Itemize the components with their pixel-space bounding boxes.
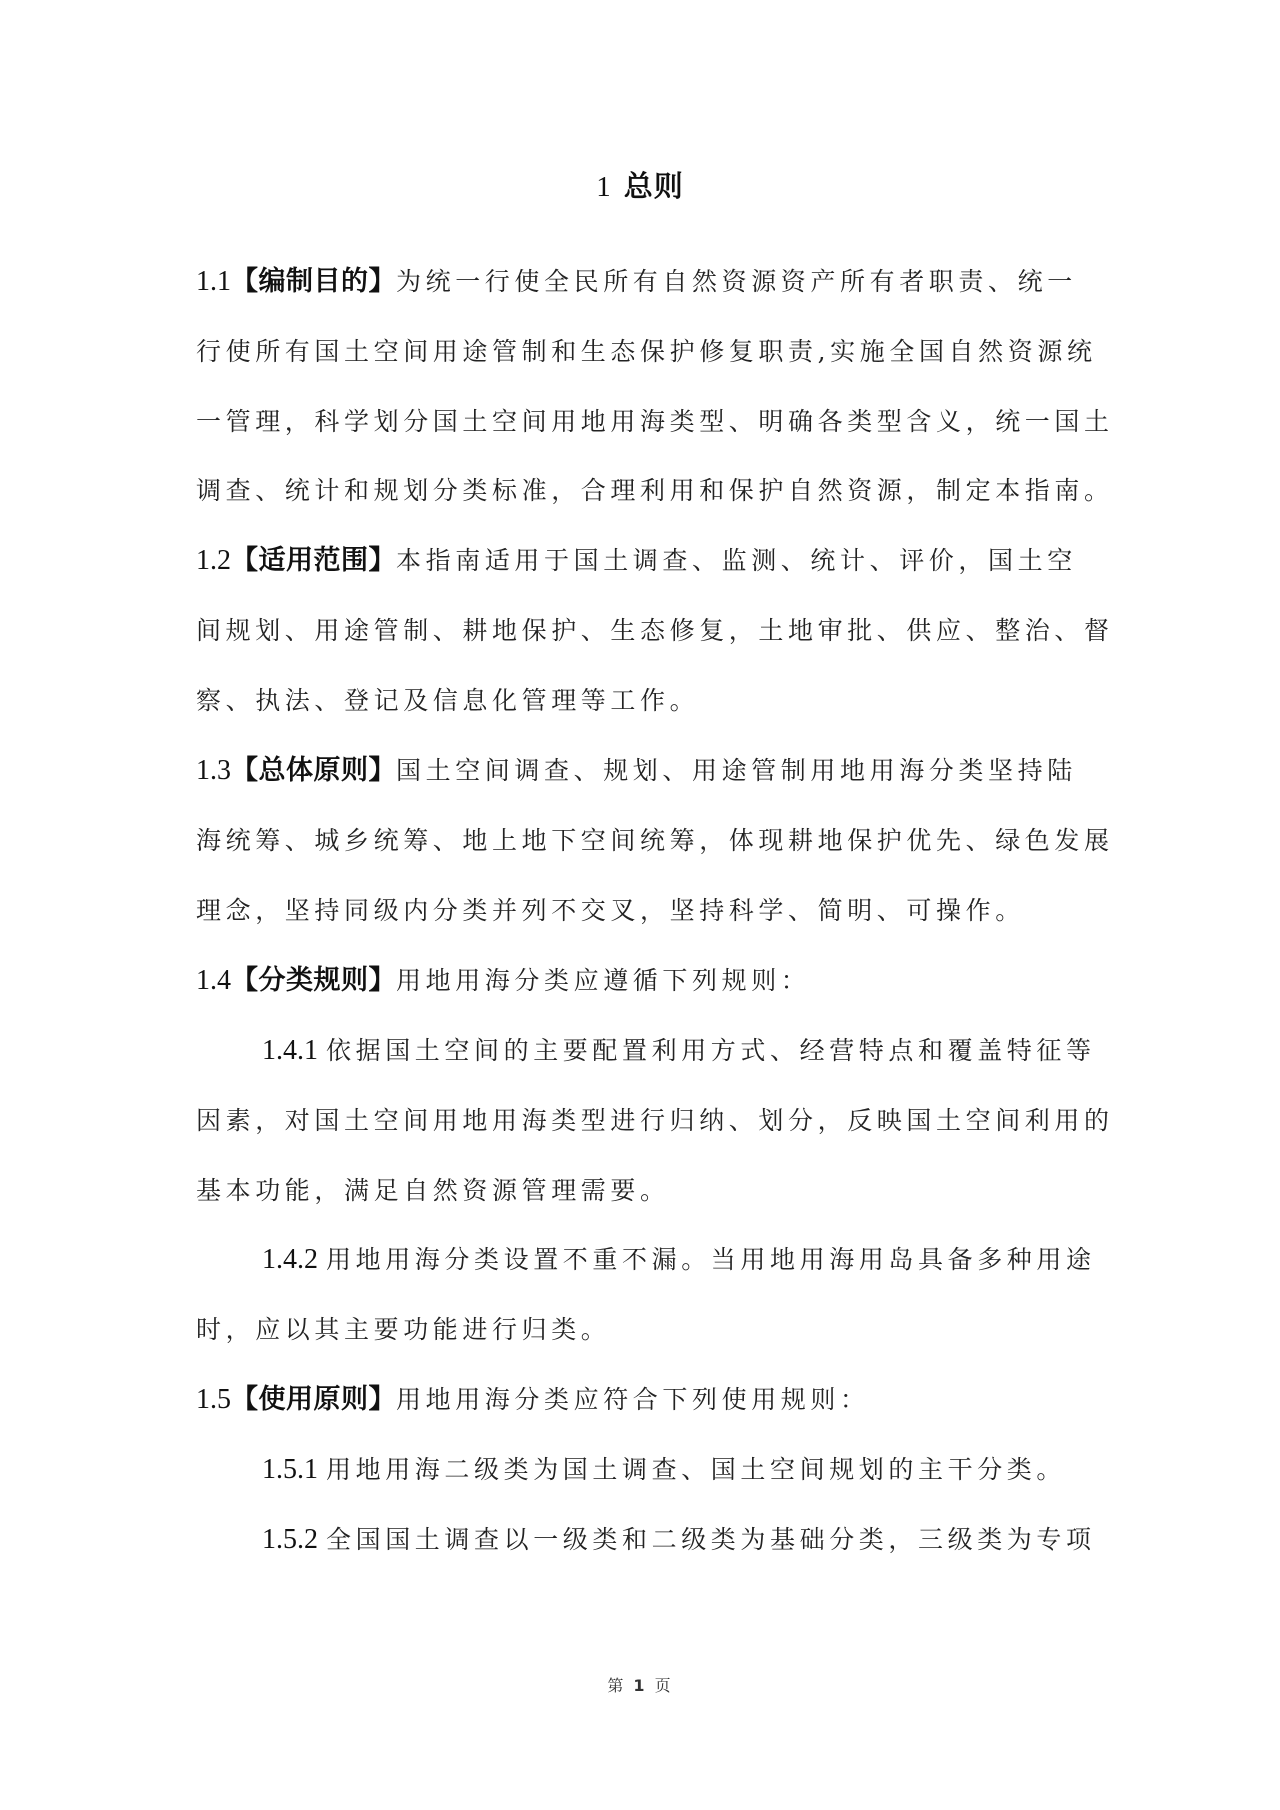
paragraph-line: 一管理，科学划分国土空间用地用海类型、明确各类型含义，统一国土 bbox=[196, 402, 1126, 442]
section-number: 1.3 bbox=[196, 755, 231, 786]
paragraph-text: 用地用海分类应符合下列使用规则： bbox=[396, 1385, 870, 1414]
paragraph-text: 全国国土调查以一级类和二级类为基础分类，三级类为专项 bbox=[326, 1525, 1096, 1554]
paragraph-line: 时，应以其主要功能进行归类。 bbox=[196, 1310, 1126, 1350]
paragraph-line: 行使所有国土空间用途管制和生态保护修复职责,实施全国自然资源统 bbox=[196, 332, 1126, 372]
subsection-1-4-1-line: 1.4.1依据国土空间的主要配置利用方式、经营特点和覆盖特征等 bbox=[262, 1031, 1192, 1071]
paragraph-line: 调查、统计和规划分类标准，合理利用和保护自然资源，制定本指南。 bbox=[196, 471, 1126, 511]
paragraph-line: 海统筹、城乡统筹、地上地下空间统筹，体现耕地保护优先、绿色发展 bbox=[196, 821, 1126, 861]
section-number: 1.5 bbox=[196, 1384, 231, 1415]
paragraph-text: 用地用海分类设置不重不漏。当用地用海用岛具备多种用途 bbox=[326, 1245, 1096, 1274]
paragraph-line: 因素，对国土空间用地用海类型进行归纳、划分，反映国土空间利用的 bbox=[196, 1101, 1126, 1141]
section-heading: 【总体原则】 bbox=[231, 755, 396, 786]
paragraph-text: 为统一行使全民所有自然资源资产所有者职责、统一 bbox=[396, 267, 1077, 296]
paragraph-text: 用地用海分类应遵循下列规则： bbox=[396, 966, 810, 995]
section-heading: 【适用范围】 bbox=[231, 545, 396, 576]
section-1-1-heading-line: 1.1【编制目的】为统一行使全民所有自然资源资产所有者职责、统一 bbox=[196, 262, 1126, 302]
subsection-number: 1.5.1 bbox=[262, 1454, 318, 1485]
page-number: 1 bbox=[633, 1676, 646, 1695]
section-1-5-heading-line: 1.5【使用原则】用地用海分类应符合下列使用规则： bbox=[196, 1380, 1126, 1420]
section-heading: 【分类规则】 bbox=[231, 965, 396, 996]
subsection-1-4-2-line: 1.4.2用地用海分类设置不重不漏。当用地用海用岛具备多种用途 bbox=[262, 1240, 1192, 1280]
subsection-1-5-2-line: 1.5.2全国国土调查以一级类和二级类为基础分类，三级类为专项 bbox=[262, 1520, 1192, 1560]
section-number: 1.2 bbox=[196, 545, 231, 576]
document-page: 1总则 1.1【编制目的】为统一行使全民所有自然资源资产所有者职责、统一 行使所… bbox=[0, 0, 1280, 1810]
section-1-3-heading-line: 1.3【总体原则】国土空间调查、规划、用途管制用地用海分类坚持陆 bbox=[196, 751, 1126, 791]
section-heading: 【编制目的】 bbox=[231, 266, 396, 297]
footer-prefix: 第 bbox=[607, 1676, 625, 1695]
subsection-1-5-1-line: 1.5.1用地用海二级类为国土调查、国土空间规划的主干分类。 bbox=[262, 1450, 1192, 1490]
footer-suffix: 页 bbox=[655, 1676, 673, 1695]
chapter-number: 1 bbox=[596, 171, 612, 203]
section-number: 1.4 bbox=[196, 965, 231, 996]
chapter-title-text: 总则 bbox=[624, 169, 684, 203]
paragraph-text: 用地用海二级类为国土调查、国土空间规划的主干分类。 bbox=[326, 1455, 1066, 1484]
paragraph-line: 察、执法、登记及信息化管理等工作。 bbox=[196, 681, 1126, 721]
paragraph-line: 间规划、用途管制、耕地保护、生态修复，土地审批、供应、整治、督 bbox=[196, 611, 1126, 651]
paragraph-text: 依据国土空间的主要配置利用方式、经营特点和覆盖特征等 bbox=[326, 1036, 1096, 1065]
section-1-2-heading-line: 1.2【适用范围】本指南适用于国土调查、监测、统计、评价，国土空 bbox=[196, 541, 1126, 581]
subsection-number: 1.4.2 bbox=[262, 1244, 318, 1275]
chapter-title: 1总则 bbox=[0, 166, 1280, 207]
section-heading: 【使用原则】 bbox=[231, 1384, 396, 1415]
subsection-number: 1.4.1 bbox=[262, 1035, 318, 1066]
paragraph-line: 理念，坚持同级内分类并列不交叉，坚持科学、简明、可操作。 bbox=[196, 891, 1126, 931]
section-1-4-heading-line: 1.4【分类规则】用地用海分类应遵循下列规则： bbox=[196, 961, 1126, 1001]
subsection-number: 1.5.2 bbox=[262, 1524, 318, 1555]
section-number: 1.1 bbox=[196, 266, 231, 297]
paragraph-line: 基本功能，满足自然资源管理需要。 bbox=[196, 1171, 1126, 1211]
paragraph-text: 国土空间调查、规划、用途管制用地用海分类坚持陆 bbox=[396, 756, 1077, 785]
page-footer: 第1页 bbox=[0, 1674, 1280, 1698]
paragraph-text: 本指南适用于国土调查、监测、统计、评价，国土空 bbox=[396, 546, 1077, 575]
